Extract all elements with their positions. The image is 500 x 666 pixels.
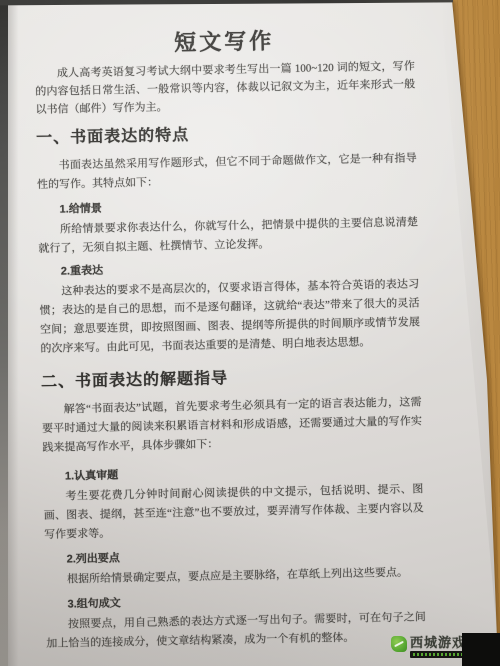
intro-paragraph: 成人高考英语复习考试大纲中要求考生写出一篇 100~120 词的短文，写作的内容…	[35, 57, 416, 119]
section-2-lead: 解答“书面表达”试题，首先要求考生必须具有一定的语言表达能力，这需要平时通过大量…	[41, 393, 422, 458]
section-2-heading: 二、书面表达的解题指导	[41, 363, 421, 395]
section-1-lead: 书面表达虽然采用写作题形式，但它不同于命题做作文，它是一种有指导性的写作。其特点…	[37, 149, 418, 195]
section-2-item-1-body: 考生要花费几分钟时间耐心阅读提供的中文提示，包括说明、提示、图画、图表、提纲，甚…	[43, 480, 424, 545]
section-1-item-1-body: 所给情景要求你表达什么，你就写什么，把情景中提供的主要信息说清楚就行了，无须自拟…	[38, 213, 419, 259]
document-title: 短文写作	[34, 23, 415, 61]
section-2-item-2-body: 根据所给情景确定要点，要点应是主要脉络，在草纸上列出这些要点。	[45, 563, 425, 590]
watermark-logo-icon	[391, 636, 407, 652]
photo-of-document: 短文写作 成人高考英语复习考试大纲中要求考生写出一篇 100~120 词的短文，…	[0, 0, 500, 666]
section-1-item-2-body: 这种表达的要求不是高层次的，仅要求语言得体，基本符合英语的表达习惯；表达的是自己…	[39, 275, 420, 359]
corner-black-box	[462, 633, 500, 666]
section-2: 二、书面表达的解题指导 解答“书面表达”试题，首先要求考生必须具有一定的语言表达…	[41, 363, 427, 654]
section-1-heading: 一、书面表达的特点	[36, 119, 416, 151]
section-2-item-3-body: 按照要点，用自己熟悉的表达方式逐一写出句子。需要时，可在句子之间加上恰当的连接成…	[46, 608, 427, 654]
document-content: 短文写作 成人高考英语复习考试大纲中要求考生写出一篇 100~120 词的短文，…	[0, 22, 478, 654]
section-1: 一、书面表达的特点 书面表达虽然采用写作题形式，但它不同于命题做作文，它是一种有…	[36, 119, 421, 359]
